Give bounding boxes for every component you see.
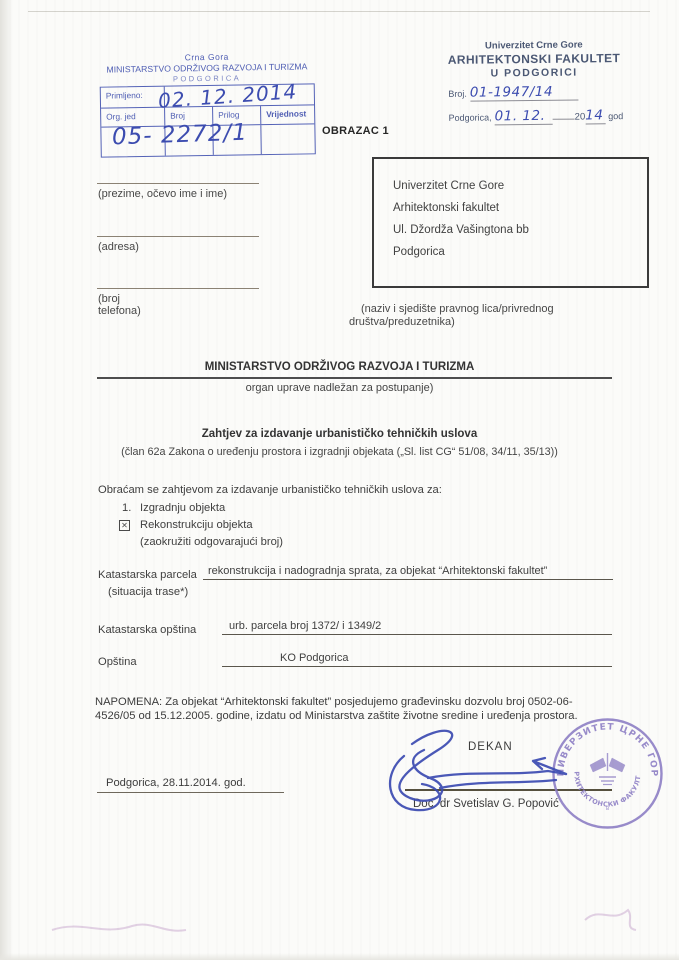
authority-name: MINISTARSTVO ODRŽIVOG RAZVOJA I TURIZMA bbox=[0, 361, 679, 373]
option2-checkbox: ✕ bbox=[119, 520, 130, 531]
municipality-label: Opština bbox=[98, 656, 137, 668]
legal-entity-box: Univerzitet Crne Gore Arhitektonski faku… bbox=[372, 157, 649, 288]
entity-caption-line2: društva/preduzetnika) bbox=[349, 316, 455, 328]
entity-line-1: Univerzitet Crne Gore bbox=[393, 175, 647, 197]
address-caption: (adresa) bbox=[98, 241, 139, 253]
cadastral-municipality-label: Katastarska opština bbox=[98, 624, 196, 636]
phone-caption-line1: (broj bbox=[98, 293, 120, 305]
cadastral-municipality-value: urb. parcela broj 1372/ i 1349/2 bbox=[222, 620, 612, 635]
handwritten-year: 14 bbox=[585, 107, 603, 123]
scan-left-edge bbox=[0, 0, 13, 960]
authority-underline bbox=[97, 377, 612, 379]
handwritten-signature bbox=[370, 714, 630, 824]
faculty-stamp-city: U PODGORICI bbox=[418, 66, 650, 80]
faculty-stamp-name: ARHITEKTONSKI FAKULTET bbox=[418, 51, 650, 67]
faculty-year-prefix: 20 bbox=[575, 111, 586, 122]
parcel-value: rekonstrukcija i nadogradnja sprata, za … bbox=[203, 565, 613, 580]
authority-caption: organ uprave nadležan za postupanje) bbox=[0, 382, 679, 394]
handwritten-broj-value: 01-1947/14 bbox=[470, 84, 553, 101]
faculty-year-suffix: god bbox=[608, 111, 623, 121]
scan-bottom-edge bbox=[0, 953, 679, 960]
scanned-form-page: Crna Gora MINISTARSTVO ODRŽIVOG RAZVOJA … bbox=[0, 0, 679, 960]
handwritten-case-number: 05- 2272/1 bbox=[112, 120, 249, 151]
request-title: Zahtjev za izdavanje urbanističko tehnič… bbox=[0, 428, 679, 440]
entity-line-3: Ul. Džordža Vašingtona bb bbox=[393, 219, 647, 241]
address-blank-line bbox=[97, 236, 259, 237]
faculty-broj-label: Broj. bbox=[448, 89, 467, 99]
faculty-place-label: Podgorica, bbox=[449, 112, 492, 122]
place-date-underline bbox=[97, 792, 284, 793]
request-legal-basis: (član 62a Zakona o uređenju prostora i i… bbox=[0, 446, 679, 458]
phone-caption-line2: telefona) bbox=[98, 305, 141, 317]
form-code-label: OBRAZAC 1 bbox=[322, 125, 389, 137]
receipt-col-vrijednost: Vrijednost bbox=[261, 105, 314, 124]
name-blank-line bbox=[97, 183, 259, 184]
place-date: Podgorica, 28.11.2014. god. bbox=[106, 777, 246, 789]
entity-line-2: Arhitektonski fakultet bbox=[393, 197, 647, 219]
napomena-line1: NAPOMENA: Za objekat “Arhitektonski faku… bbox=[95, 696, 635, 710]
scan-artifact-top-line bbox=[28, 11, 650, 12]
option1-number: 1. bbox=[122, 502, 131, 514]
option1-label: Izgradnju objekta bbox=[140, 502, 225, 514]
scan-pencil-marks bbox=[40, 900, 650, 950]
phone-blank-line bbox=[97, 288, 259, 289]
receipt-received-label: Primljeno: bbox=[101, 87, 165, 108]
request-intro: Obraćam se zahtjevom za izdavanje urbani… bbox=[98, 484, 442, 496]
receipt-empty-4 bbox=[261, 124, 314, 154]
handwritten-date-value: 01. 12. bbox=[495, 108, 546, 125]
parcel-sublabel: (situacija trase*) bbox=[108, 586, 188, 598]
municipality-value: KO Podgorica bbox=[222, 652, 612, 667]
entity-caption-line1: (naziv i sjedište pravnog lica/privredno… bbox=[361, 303, 554, 315]
name-caption: (prezime, očevo ime i ime) bbox=[98, 188, 227, 200]
circle-note: (zaokružiti odgovarajući broj) bbox=[140, 536, 283, 548]
parcel-label: Katastarska parcela bbox=[98, 569, 197, 581]
faculty-stamp: Univerzitet Crne Gore ARHITEKTONSKI FAKU… bbox=[418, 39, 650, 80]
entity-line-4: Podgorica bbox=[393, 241, 647, 263]
option2-label: Rekonstrukciju objekta bbox=[140, 519, 253, 531]
